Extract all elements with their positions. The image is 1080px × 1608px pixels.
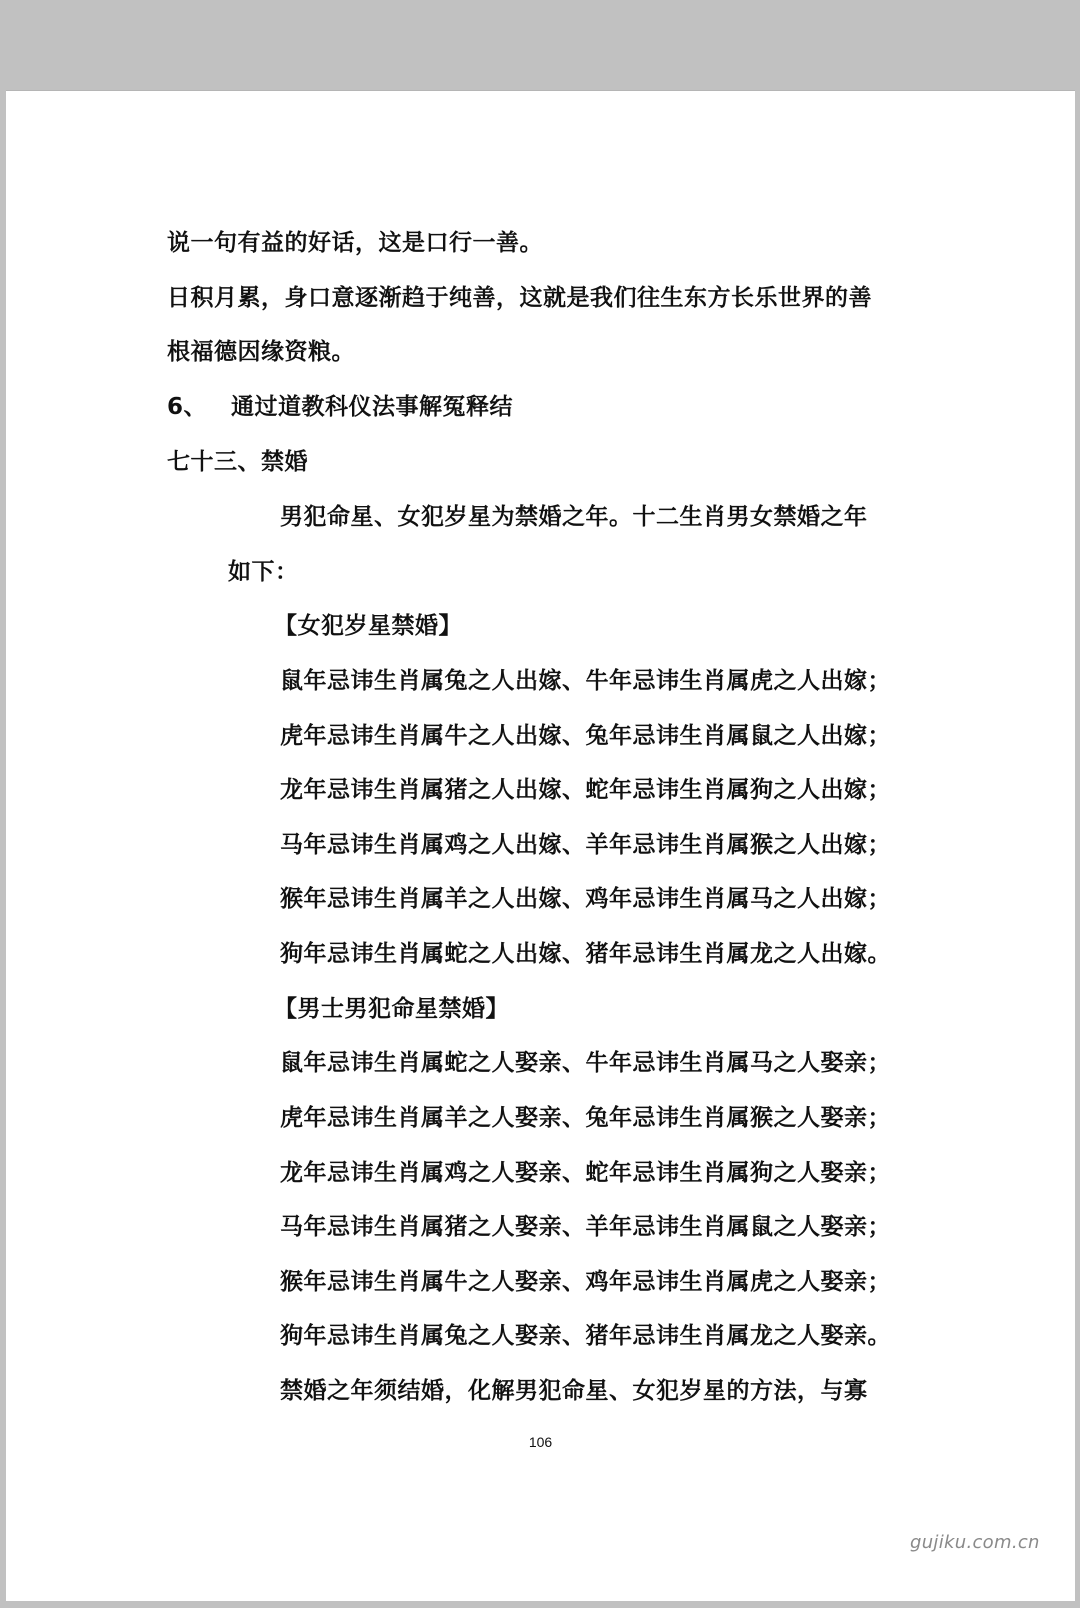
female-rule: 马年忌讳生肖属鸡之人出嫁、羊年忌讳生肖属猴之人出嫁；	[280, 830, 891, 860]
male-rule: 马年忌讳生肖属猪之人娶亲、羊年忌讳生肖属鼠之人娶亲；	[280, 1212, 891, 1242]
closing-paragraph: 禁婚之年须结婚，化解男犯命星、女犯岁星的方法，与寡	[280, 1376, 868, 1406]
paragraph-line-2: 日积月累，身口意逐渐趋于纯善，这就是我们往生东方长乐世界的善	[167, 283, 872, 313]
female-rule: 龙年忌讳生肖属猪之人出嫁、蛇年忌讳生肖属狗之人出嫁；	[280, 775, 891, 805]
page-number: 106	[6, 1434, 1075, 1450]
female-rule: 狗年忌讳生肖属蛇之人出嫁、猪年忌讳生肖属龙之人出嫁。	[280, 939, 891, 969]
male-section-heading: 【男士男犯命星禁婚】	[274, 994, 509, 1024]
female-rule: 虎年忌讳生肖属牛之人出嫁、兔年忌讳生肖属鼠之人出嫁；	[280, 721, 891, 751]
section-title: 七十三、禁婚	[167, 447, 308, 477]
male-rule: 鼠年忌讳生肖属蛇之人娶亲、牛年忌讳生肖属马之人娶亲；	[280, 1048, 891, 1078]
list-item-6: 6、通过道教科仪法事解冤释结	[167, 392, 513, 422]
male-rule: 虎年忌讳生肖属羊之人娶亲、兔年忌讳生肖属猴之人娶亲；	[280, 1103, 891, 1133]
watermark: gujiku.com.cn	[910, 1532, 1040, 1553]
male-rule: 龙年忌讳生肖属鸡之人娶亲、蛇年忌讳生肖属狗之人娶亲；	[280, 1158, 891, 1188]
intro-line-1: 男犯命星、女犯岁星为禁婚之年。十二生肖男女禁婚之年	[280, 502, 868, 532]
list-item-number: 6、	[167, 392, 231, 422]
female-section-heading: 【女犯岁星禁婚】	[274, 611, 462, 641]
list-item-text: 通过道教科仪法事解冤释结	[231, 394, 513, 420]
paragraph-line-1: 说一句有益的好话，这是口行一善。	[167, 228, 543, 258]
paragraph-line-3: 根福德因缘资粮。	[167, 337, 355, 367]
female-rule: 鼠年忌讳生肖属兔之人出嫁、牛年忌讳生肖属虎之人出嫁；	[280, 666, 891, 696]
intro-line-2: 如下：	[228, 557, 299, 587]
female-rule: 猴年忌讳生肖属羊之人出嫁、鸡年忌讳生肖属马之人出嫁；	[280, 884, 891, 914]
male-rule: 狗年忌讳生肖属兔之人娶亲、猪年忌讳生肖属龙之人娶亲。	[280, 1321, 891, 1351]
document-page: 说一句有益的好话，这是口行一善。 日积月累，身口意逐渐趋于纯善，这就是我们往生东…	[6, 90, 1075, 1601]
male-rule: 猴年忌讳生肖属牛之人娶亲、鸡年忌讳生肖属虎之人娶亲；	[280, 1267, 891, 1297]
